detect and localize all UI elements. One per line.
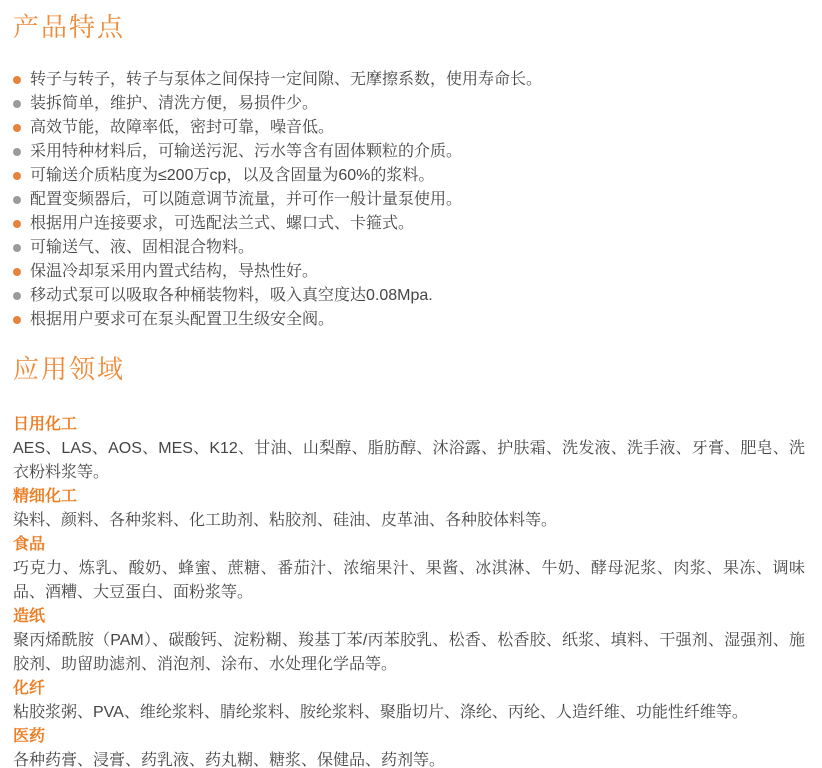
app-section-food: 食品 巧克力、炼乳、酸奶、蜂蜜、蔗糖、番茄汁、浓缩果汁、果酱、冰淇淋、牛奶、酵母… [13,533,805,605]
product-features-list: 转子与转子，转子与泵体之间保持一定间隙、无摩擦系数，使用寿命长。 装拆简单，维护… [13,68,805,332]
product-detail-page: 产品特点 转子与转子，转子与泵体之间保持一定间隙、无摩擦系数，使用寿命长。 装拆… [0,0,822,768]
feature-item: 可输送介质粘度为≤200万cp，以及含固量为60%的浆料。 [13,164,805,188]
app-section-title: 医药 [13,725,805,749]
feature-text: 转子与转子，转子与泵体之间保持一定间隙、无摩擦系数，使用寿命长。 [30,71,542,88]
feature-text: 根据用户要求可在泵头配置卫生级安全阀。 [30,311,334,328]
feature-text: 可输送气、液、固相混合物料。 [30,239,254,256]
app-section-text: 巧克力、炼乳、酸奶、蜂蜜、蔗糖、番茄汁、浓缩果汁、果酱、冰淇淋、牛奶、酵母泥浆、… [13,557,805,605]
app-section-title: 食品 [13,533,805,557]
section-title-application-areas: 应用领域 [13,352,805,386]
app-section-title: 化纤 [13,677,805,701]
feature-item: 采用特种材料后，可输送污泥、污水等含有固体颗粒的介质。 [13,140,805,164]
bullet-icon [13,244,21,252]
app-section-title: 精细化工 [13,485,805,509]
app-section-text: 聚丙烯酰胺（PAM）、碳酸钙、淀粉糊、羧基丁苯/丙苯胶乳、松香、松香胶、纸浆、填… [13,629,805,677]
bullet-icon [13,76,21,84]
bullet-icon [13,172,21,180]
feature-item: 高效节能，故障率低，密封可靠，噪音低。 [13,116,805,140]
bullet-icon [13,268,21,276]
bullet-icon [13,316,21,324]
feature-text: 配置变频器后，可以随意调节流量，并可作一般计量泵使用。 [30,191,462,208]
feature-text: 采用特种材料后，可输送污泥、污水等含有固体颗粒的介质。 [30,143,462,160]
bullet-icon [13,148,21,156]
feature-text: 可输送介质粘度为≤200万cp，以及含固量为60%的浆料。 [30,167,434,184]
feature-text: 装拆简单，维护、清洗方便，易损件少。 [30,95,318,112]
app-section-text: 各种药膏、浸膏、药乳液、药丸糊、糖浆、保健品、药剂等。 [13,749,805,768]
bullet-icon [13,220,21,228]
feature-item: 可输送气、液、固相混合物料。 [13,236,805,260]
bullet-icon [13,124,21,132]
app-section-title: 日用化工 [13,413,805,437]
bullet-icon [13,292,21,300]
feature-text: 保温冷却泵采用内置式结构，导热性好。 [30,263,318,280]
feature-text: 根据用户连接要求，可选配法兰式、螺口式、卡箍式。 [30,215,414,232]
app-section-title: 造纸 [13,605,805,629]
bullet-icon [13,196,21,204]
app-section-papermaking: 造纸 聚丙烯酰胺（PAM）、碳酸钙、淀粉糊、羧基丁苯/丙苯胶乳、松香、松香胶、纸… [13,605,805,677]
app-section-chemical-fiber: 化纤 粘胶浆粥、PVA、维纶浆料、腈纶浆料、胺纶浆料、聚脂切片、涤纶、丙纶、人造… [13,677,805,725]
feature-text: 移动式泵可以吸取各种桶装物料，吸入真空度达0.08Mpa. [30,287,433,304]
feature-item: 根据用户要求可在泵头配置卫生级安全阀。 [13,308,805,332]
app-section-text: AES、LAS、AOS、MES、K12、甘油、山梨醇、脂肪醇、沐浴露、护肤霜、洗… [13,437,805,485]
feature-item: 根据用户连接要求，可选配法兰式、螺口式、卡箍式。 [13,212,805,236]
application-areas: 日用化工 AES、LAS、AOS、MES、K12、甘油、山梨醇、脂肪醇、沐浴露、… [13,413,805,768]
feature-item: 转子与转子，转子与泵体之间保持一定间隙、无摩擦系数，使用寿命长。 [13,68,805,92]
feature-item: 装拆简单，维护、清洗方便，易损件少。 [13,92,805,116]
section-title-product-features: 产品特点 [13,10,805,44]
feature-item: 保温冷却泵采用内置式结构，导热性好。 [13,260,805,284]
feature-item: 配置变频器后，可以随意调节流量，并可作一般计量泵使用。 [13,188,805,212]
app-section-daily-chemical: 日用化工 AES、LAS、AOS、MES、K12、甘油、山梨醇、脂肪醇、沐浴露、… [13,413,805,485]
app-section-text: 粘胶浆粥、PVA、维纶浆料、腈纶浆料、胺纶浆料、聚脂切片、涤纶、丙纶、人造纤维、… [13,701,805,725]
app-section-medicine: 医药 各种药膏、浸膏、药乳液、药丸糊、糖浆、保健品、药剂等。 [13,725,805,768]
app-section-text: 染料、颜料、各种浆料、化工助剂、粘胶剂、硅油、皮革油、各种胶体料等。 [13,509,805,533]
bullet-icon [13,100,21,108]
app-section-fine-chemical: 精细化工 染料、颜料、各种浆料、化工助剂、粘胶剂、硅油、皮革油、各种胶体料等。 [13,485,805,533]
feature-item: 移动式泵可以吸取各种桶装物料，吸入真空度达0.08Mpa. [13,284,805,308]
feature-text: 高效节能，故障率低，密封可靠，噪音低。 [30,119,334,136]
